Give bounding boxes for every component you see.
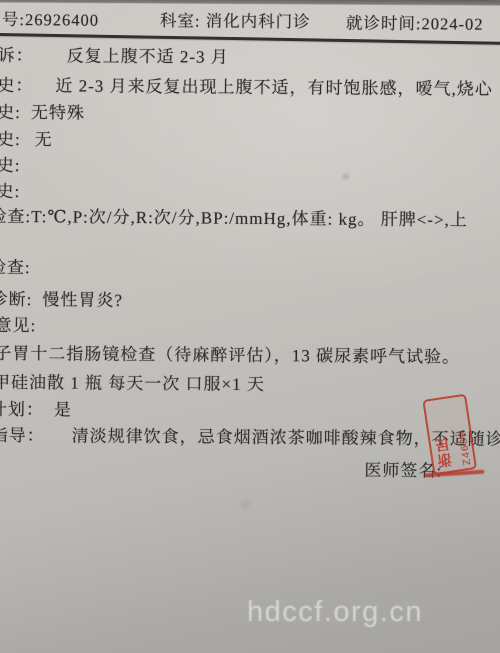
site-watermark: hdccf.org.cn — [247, 596, 423, 629]
record-number-text: 号:26926400 — [2, 10, 99, 30]
physical-exam-text: T:℃,P:次/分,R:次/分,BP:/mmHg,体重: kg。 肝脾<->,上 — [31, 207, 468, 229]
allergy-history-label: 史: — [0, 130, 21, 149]
paper-smudge — [339, 173, 353, 181]
doctor-signature-label: 医师签名: — [364, 461, 442, 481]
advice-endoscopy-text: 子胃十二指肠镜检查（待麻醉评估），13 碳尿素呼气试验。 — [0, 344, 460, 367]
doctor-seal-code: Z4639 — [451, 397, 473, 468]
present-illness-label: 史： — [0, 76, 33, 95]
personal-history-line: 史: — [0, 156, 21, 176]
visit-time-text: 就诊时间:2024-02 — [346, 14, 484, 34]
physical-exam-label: 检查: — [0, 207, 31, 226]
allergy-history-line: 史:无 — [0, 130, 53, 150]
health-guidance-line: 指导：清淡规律饮食，忌食烟酒浓茶咖啡酸辣食物，不适随诊 — [0, 426, 500, 450]
physical-exam-line: 检查:T:℃,P:次/分,R:次/分,BP:/mmHg,体重: kg。 肝脾<-… — [0, 207, 468, 231]
follow-up-plan-line: 计划：是 — [0, 400, 72, 421]
present-illness-text: 近 2-3 月来反复出现上腹不适，有时饱胀感，嗳气,烧心 — [55, 76, 493, 98]
header-divider-rule — [0, 33, 500, 45]
present-illness-line: 史：近 2-3 月来反复出现上腹不适，有时饱胀感，嗳气,烧心 — [0, 76, 493, 100]
visit-time: 就诊时间:2024-02 — [346, 14, 484, 35]
department-text: 科室: 消化内科门诊 — [160, 11, 311, 31]
treatment-advice-label: 意见: — [0, 316, 36, 335]
aux-exam-label: 检查: — [0, 258, 31, 277]
advice-medication-text: 甲硅油散 1 瓶 每天一次 口服×1 天 — [0, 373, 265, 394]
chief-complaint-text: 反复上腹不适 2-3 月 — [67, 46, 229, 66]
advice-item-endoscopy: 子胃十二指肠镜检查（待麻醉评估），13 碳尿素呼气试验。 — [0, 344, 460, 368]
allergy-history-text: 无 — [35, 130, 53, 149]
chief-complaint-label: 诉： — [0, 46, 34, 65]
doctor-seal-content: Z4639 浙民 — [426, 397, 474, 472]
treatment-advice-line: 意见: — [0, 316, 36, 336]
past-history-text: 无特殊 — [31, 103, 85, 122]
advice-item-medication: 甲硅油散 1 瓶 每天一次 口服×1 天 — [0, 373, 265, 395]
aux-exam-line: 检查: — [0, 258, 31, 278]
health-guidance-label: 指导： — [0, 426, 45, 445]
medical-record-photo: { "header": { "record_no": "号:26926400",… — [0, 0, 500, 653]
past-history-line: 史:无特殊 — [0, 103, 85, 124]
follow-up-plan-text: 是 — [54, 400, 72, 419]
department: 科室: 消化内科门诊 — [160, 11, 311, 32]
record-number: 号:26926400 — [2, 10, 99, 31]
diagnosis-text: 慢性胃炎? — [42, 290, 123, 310]
follow-up-plan-label: 计划： — [0, 400, 44, 419]
diagnosis-label: 诊断: — [0, 290, 33, 309]
document-content: 号:26926400 科室: 消化内科门诊 就诊时间:2024-02 诉：反复上… — [0, 0, 500, 653]
paper-smudge — [236, 500, 254, 509]
past-history-label: 史: — [0, 103, 21, 122]
personal-history-label: 史: — [0, 156, 21, 175]
doctor-signature-line: 医师签名: — [364, 461, 442, 482]
family-history-label: 史: — [0, 182, 20, 201]
chief-complaint-line: 诉：反复上腹不适 2-3 月 — [0, 46, 229, 68]
diagnosis-line: 诊断:慢性胃炎? — [0, 290, 123, 311]
family-history-line: 史: — [0, 182, 20, 202]
